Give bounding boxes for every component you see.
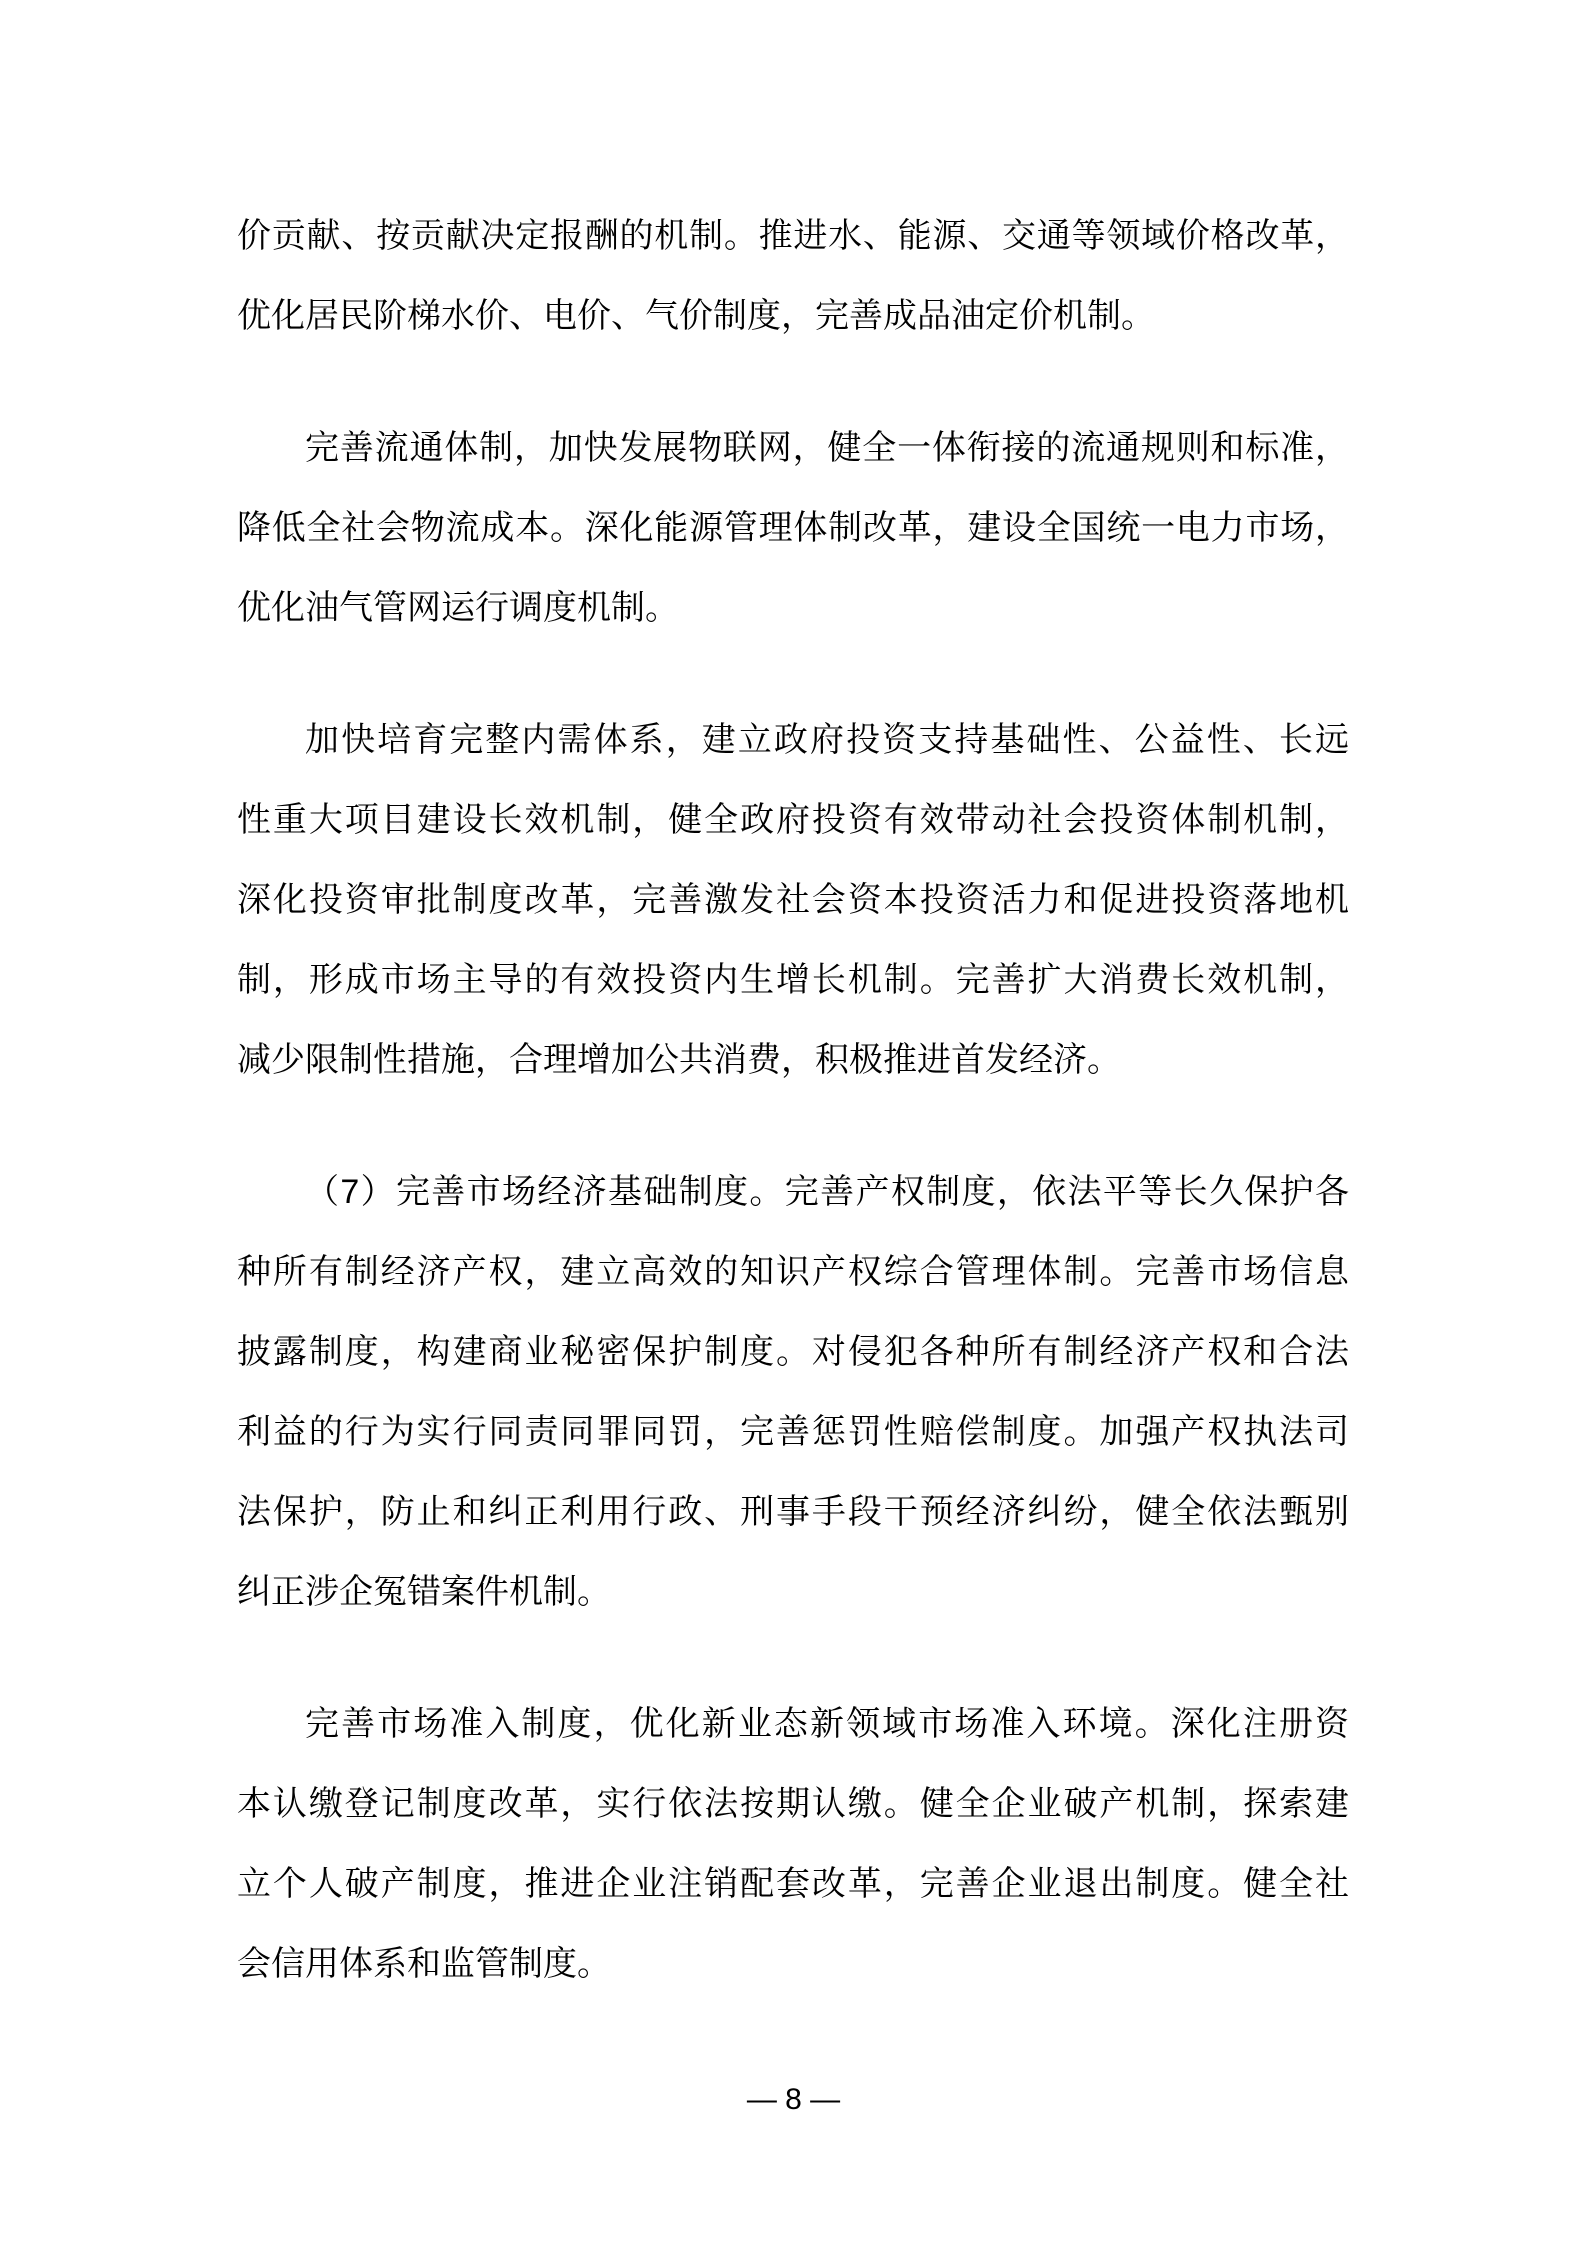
paragraph: （7）完善市场经济基础制度。完善产权制度，依法平等长久保护各种所有制经济产权，建…	[237, 1152, 1349, 1632]
text-line: 种所有制经济产权，建立高效的知识产权综合管理体制。完善市场信息	[237, 1232, 1349, 1312]
text-line: 法保护，防止和纠正利用行政、刑事手段干预经济纠纷，健全依法甄别	[237, 1472, 1349, 1552]
text-line: 会信用体系和监管制度。	[237, 1924, 1349, 2004]
text-line: 完善流通体制，加快发展物联网，健全一体衔接的流通规则和标准，	[237, 408, 1349, 488]
text-line: （7）完善市场经济基础制度。完善产权制度，依法平等长久保护各	[237, 1152, 1349, 1232]
page-number: — 8 —	[0, 2070, 1587, 2130]
text-line: 价贡献、按贡献决定报酬的机制。推进水、能源、交通等领域价格改革，	[237, 196, 1349, 276]
document-body: 价贡献、按贡献决定报酬的机制。推进水、能源、交通等领域价格改革，优化居民阶梯水价…	[237, 196, 1349, 2004]
text-line: 披露制度，构建商业秘密保护制度。对侵犯各种所有制经济产权和合法	[237, 1312, 1349, 1392]
text-line: 本认缴登记制度改革，实行依法按期认缴。健全企业破产机制，探索建	[237, 1764, 1349, 1844]
text-line: 优化油气管网运行调度机制。	[237, 568, 1349, 648]
text-line: 纠正涉企冤错案件机制。	[237, 1552, 1349, 1632]
text-line: 减少限制性措施，合理增加公共消费，积极推进首发经济。	[237, 1020, 1349, 1100]
document-page: { "page": { "paragraphs": [ { "indent": …	[0, 0, 1587, 2245]
text-line: 立个人破产制度，推进企业注销配套改革，完善企业退出制度。健全社	[237, 1844, 1349, 1924]
text-line: 完善市场准入制度，优化新业态新领域市场准入环境。深化注册资	[237, 1684, 1349, 1764]
text-line: 加快培育完整内需体系，建立政府投资支持基础性、公益性、长远	[237, 700, 1349, 780]
text-line: 降低全社会物流成本。深化能源管理体制改革，建设全国统一电力市场，	[237, 488, 1349, 568]
text-line: 性重大项目建设长效机制，健全政府投资有效带动社会投资体制机制，	[237, 780, 1349, 860]
text-line: 制，形成市场主导的有效投资内生增长机制。完善扩大消费长效机制，	[237, 940, 1349, 1020]
paragraph: 完善流通体制，加快发展物联网，健全一体衔接的流通规则和标准，降低全社会物流成本。…	[237, 408, 1349, 648]
paragraph: 加快培育完整内需体系，建立政府投资支持基础性、公益性、长远性重大项目建设长效机制…	[237, 700, 1349, 1100]
text-line: 利益的行为实行同责同罪同罚，完善惩罚性赔偿制度。加强产权执法司	[237, 1392, 1349, 1472]
paragraph: 价贡献、按贡献决定报酬的机制。推进水、能源、交通等领域价格改革，优化居民阶梯水价…	[237, 196, 1349, 356]
text-line: 优化居民阶梯水价、电价、气价制度，完善成品油定价机制。	[237, 276, 1349, 356]
text-line: 深化投资审批制度改革，完善激发社会资本投资活力和促进投资落地机	[237, 860, 1349, 940]
paragraph: 完善市场准入制度，优化新业态新领域市场准入环境。深化注册资本认缴登记制度改革，实…	[237, 1684, 1349, 2004]
